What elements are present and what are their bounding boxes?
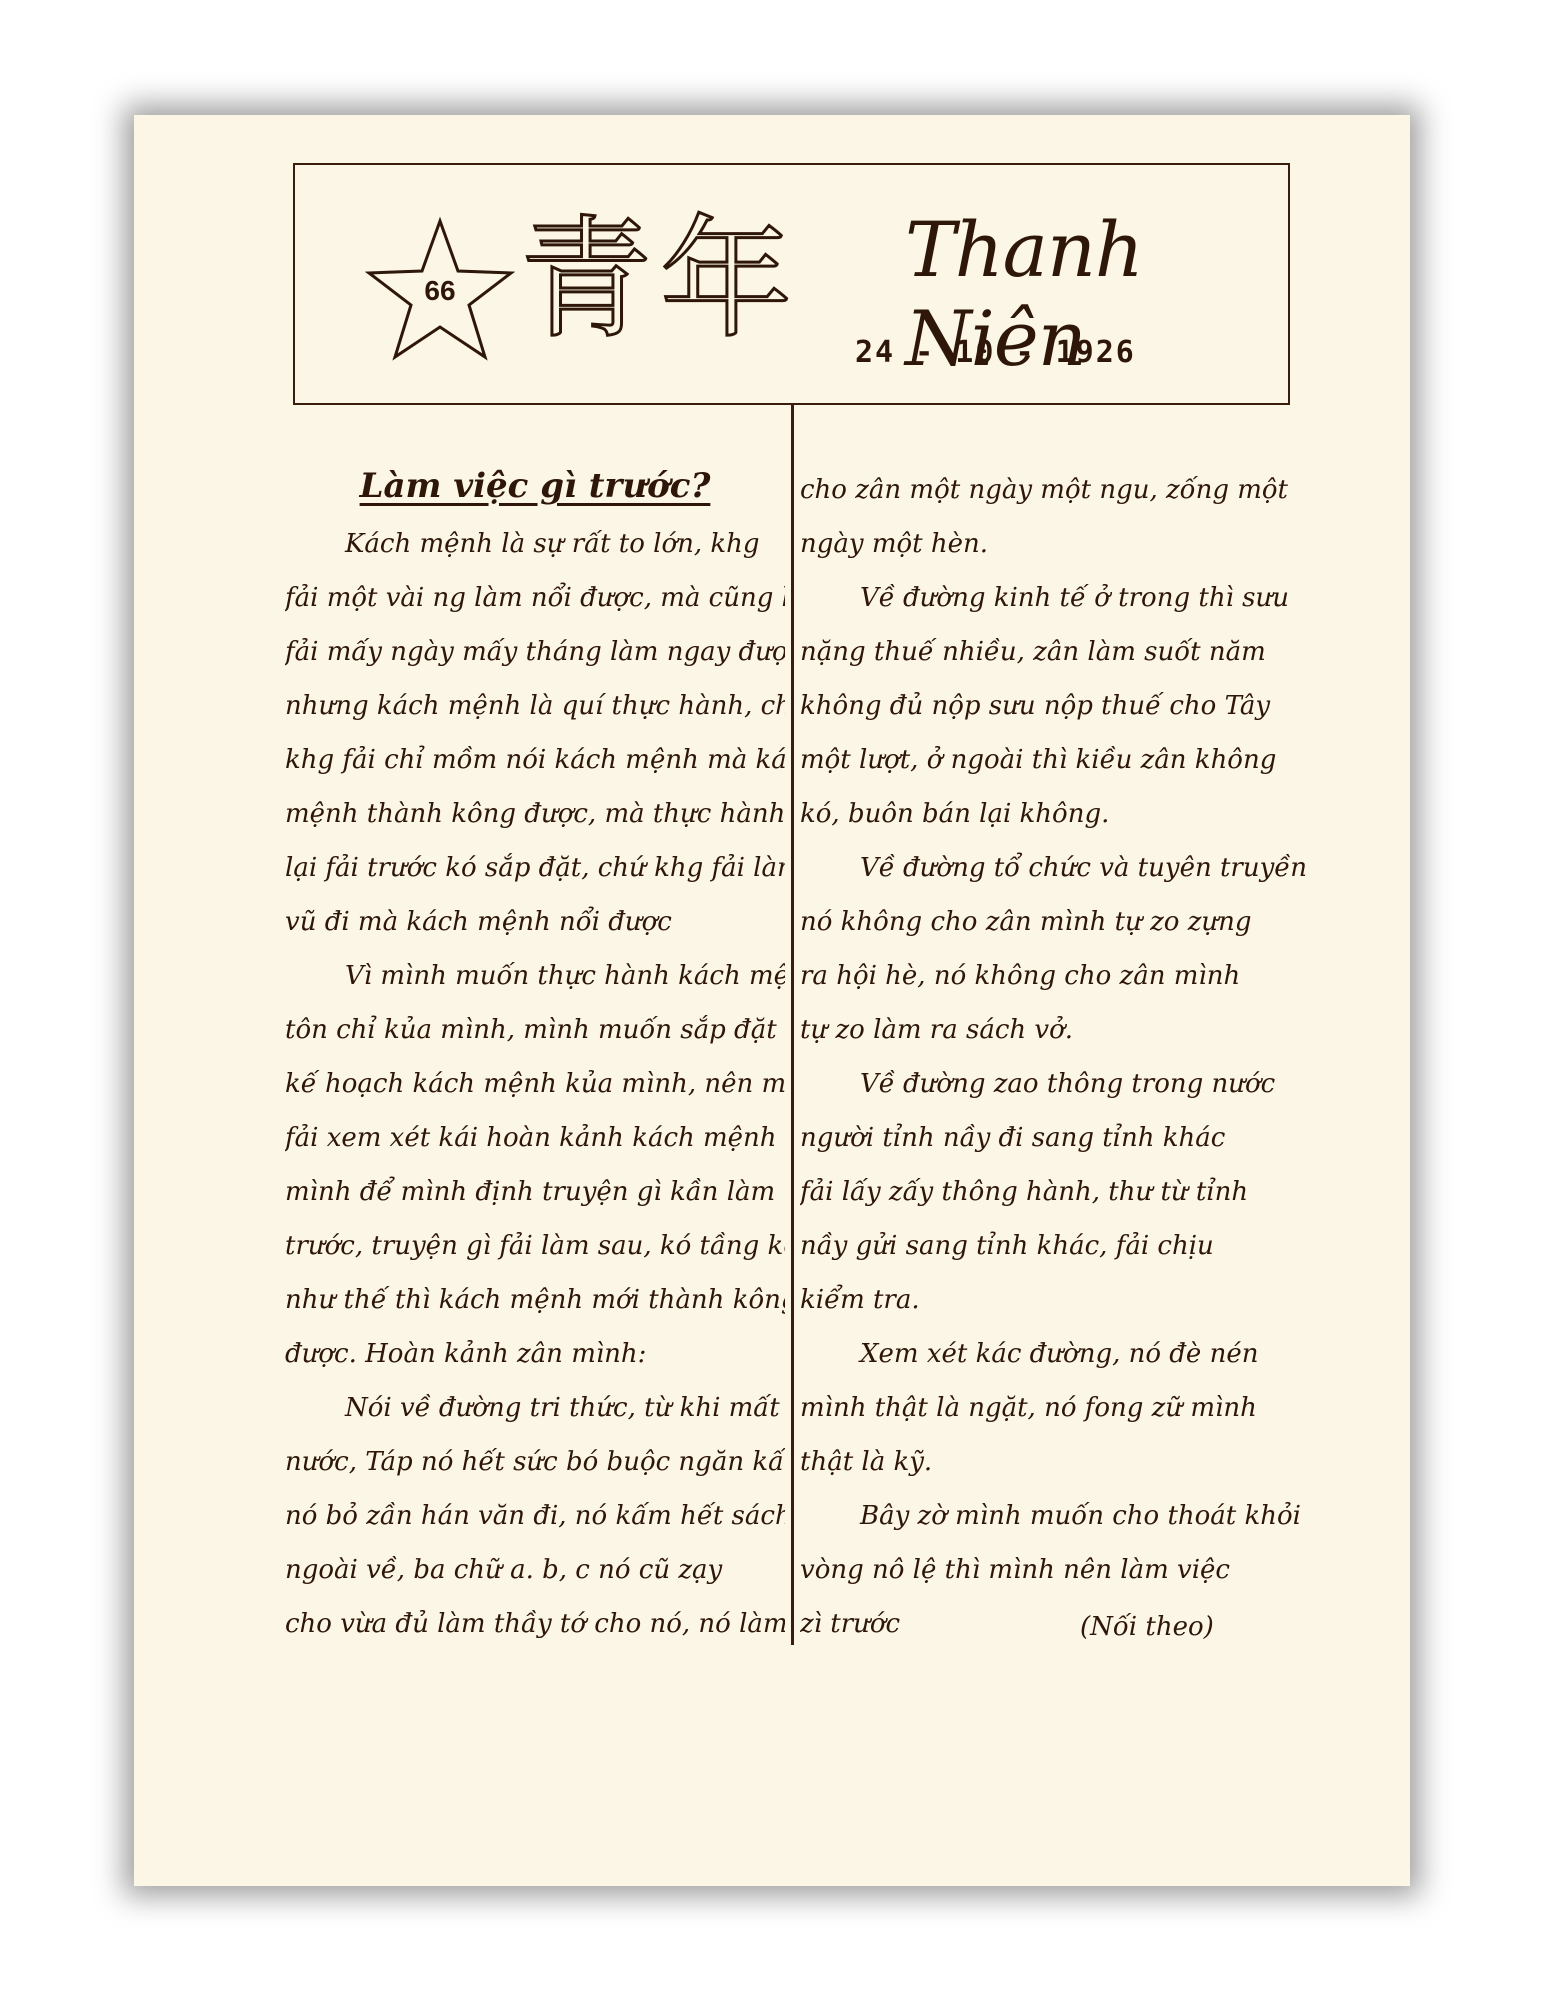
text-line: được. Hoàn kảnh zân mình: — [285, 1327, 785, 1381]
column-divider — [791, 405, 794, 1645]
right-column: cho zân một ngày một ngu, zống mộtngày m… — [800, 463, 1320, 1651]
text-line: trước, truyện gì fải làm sau, kó tầng kó… — [285, 1219, 785, 1273]
text-line: vòng nô lệ thì mình nên làm việc — [800, 1543, 1320, 1597]
text-line: Về đường zao thông trong nước — [800, 1057, 1320, 1111]
text-line: kiểm tra. — [800, 1273, 1320, 1327]
text-line: người tỉnh nầy đi sang tỉnh khác — [800, 1111, 1320, 1165]
text-line: Bây zờ mình muốn cho thoát khỏi — [800, 1489, 1320, 1543]
text-line: một lượt, ở ngoài thì kiều zân không — [800, 733, 1320, 787]
text-line: như thế thì kách mệnh mới thành kông — [285, 1273, 785, 1327]
star-emblem: 66 — [365, 213, 515, 363]
text-line: Về đường kinh tế ở trong thì sưu — [800, 571, 1320, 625]
left-column: Làm việc gì trước? Kách mệnh là sự rất t… — [285, 455, 785, 1651]
text-line: tôn chỉ kủa mình, mình muốn sắp đặt — [285, 1003, 785, 1057]
text-line: zì trước — [800, 1597, 1320, 1651]
text-line: Nói về đường tri thức, từ khi mất — [285, 1381, 785, 1435]
text-line: fải lấy zấy thông hành, thư từ tỉnh — [800, 1165, 1320, 1219]
issue-number: 66 — [365, 275, 515, 307]
text-line: Về đường tổ chức và tuyên truyền — [800, 841, 1320, 895]
text-line: nó không cho zân mình tự zo zựng — [800, 895, 1320, 949]
text-line: cho vừa đủ làm thầy tớ cho nó, nó làm — [285, 1597, 785, 1651]
text-line: khg fải chỉ mồm nói kách mệnh mà kách — [285, 733, 785, 787]
text-line: ra hội hè, nó không cho zân mình — [800, 949, 1320, 1003]
text-line: Xem xét kác đường, nó đè nén — [800, 1327, 1320, 1381]
text-line: thật là kỹ. — [800, 1435, 1320, 1489]
text-line: nặng thuế nhiều, zân làm suốt năm — [800, 625, 1320, 679]
masthead: 66 青年 Thanh Niên 24 - 10 - 1926 — [293, 163, 1290, 405]
text-line: kế hoạch kách mệnh kủa mình, nên mình — [285, 1057, 785, 1111]
text-line: lại fải trước kó sắp đặt, chứ khg fải là… — [285, 841, 785, 895]
text-line: nó bỏ zần hán văn đi, nó kấm hết sách — [285, 1489, 785, 1543]
text-line: mình thật là ngặt, nó fong zữ mình — [800, 1381, 1320, 1435]
text-line: Vì mình muốn thực hành kách mệnh — [285, 949, 785, 1003]
text-line: cho zân một ngày một ngu, zống một — [800, 463, 1320, 517]
article-title: Làm việc gì trước? — [285, 455, 785, 517]
text-line: vũ đi mà kách mệnh nổi được — [285, 895, 785, 949]
issue-date: 24 - 10 - 1926 — [855, 335, 1136, 370]
text-line: fải một vài ng làm nổi được, mà cũng khg — [285, 571, 785, 625]
text-line: tự zo làm ra sách vở. — [800, 1003, 1320, 1057]
text-line: fải mấy ngày mấy tháng làm ngay được, th… — [285, 625, 785, 679]
text-line: ngày một hèn. — [800, 517, 1320, 571]
text-line: nầy gửi sang tỉnh khác, fải chịu — [800, 1219, 1320, 1273]
han-title: 青年 — [520, 195, 800, 365]
text-line: không đủ nộp sưu nộp thuế cho Tây — [800, 679, 1320, 733]
text-line: nhưng kách mệnh là quí thực hành, chứ — [285, 679, 785, 733]
text-line: kó, buôn bán lại không. — [800, 787, 1320, 841]
continued-note: (Nối theo) — [1080, 1612, 1214, 1642]
text-line: Kách mệnh là sự rất to lớn, khg — [285, 517, 785, 571]
text-line: ngoài về, ba chữ a. b, c nó cũ zạy — [285, 1543, 785, 1597]
text-line: nước, Táp nó hết sức bó buộc ngăn kấm, — [285, 1435, 785, 1489]
text-line: mệnh thành kông được, mà thực hành — [285, 787, 785, 841]
text-line: fải xem xét kái hoàn kảnh kách mệnh — [285, 1111, 785, 1165]
text-line: mình để mình định truyện gì kần làm — [285, 1165, 785, 1219]
